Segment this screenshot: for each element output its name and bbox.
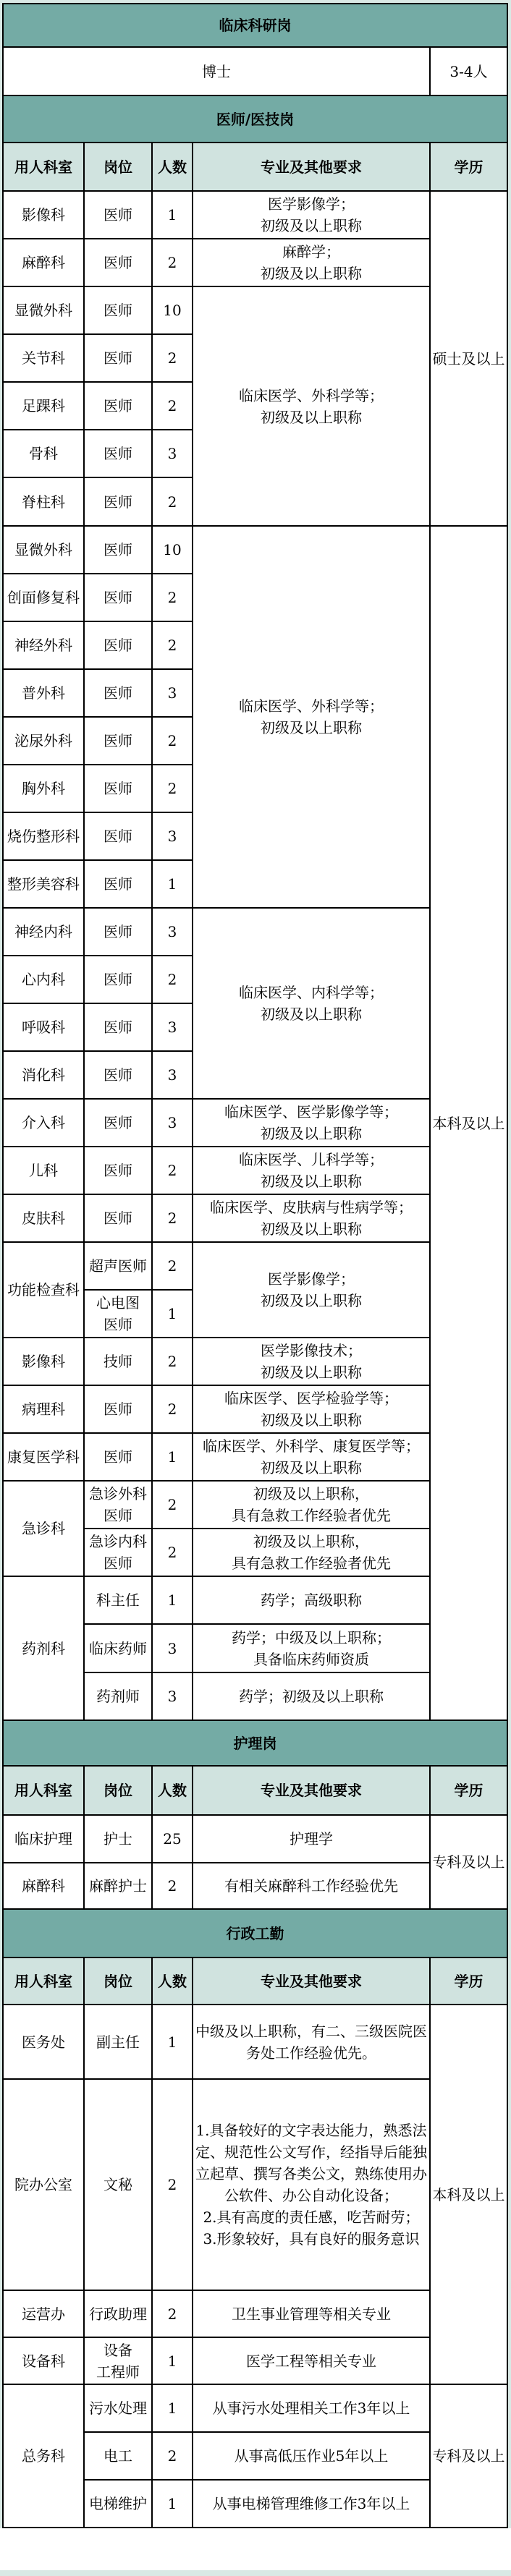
cell-post: 护士 [84, 1815, 152, 1863]
cell-dept: 关节科 [3, 334, 84, 382]
cell-post: 设备 工程师 [84, 2337, 152, 2384]
cell-post: 医师 [84, 430, 152, 477]
cell-post: 医师 [84, 191, 152, 239]
cell-count: 2 [152, 1481, 193, 1529]
cell-req: 临床医学、外科学等； 初级及以上职称 [193, 526, 430, 908]
cell-post: 医师 [84, 717, 152, 765]
cell-count: 1 [152, 2480, 193, 2528]
cell-post: 电梯维护 [84, 2480, 152, 2528]
cell-post: 医师 [84, 860, 152, 908]
cell-research-degree: 博士 [3, 47, 430, 95]
cell-post: 药剂师 [84, 1672, 152, 1720]
cell-dept: 创面修复科 [3, 574, 84, 621]
cell-count: 2 [152, 239, 193, 286]
section-band-physician: 医师/医技岗 [3, 95, 507, 143]
cell-req: 药学；高级职称 [193, 1576, 430, 1624]
table-row: 医务处 副主任 1 中级及以上职称，有二、三级医院医务处工作经验优先。 本科及以… [3, 2005, 507, 2079]
cell-dept: 烧伤整形科 [3, 812, 84, 860]
cell-count: 2 [152, 477, 193, 526]
cell-post: 医师 [84, 574, 152, 621]
cell-count: 1 [152, 1290, 193, 1338]
cell-req: 临床医学、儿科学等； 初级及以上职称 [193, 1147, 430, 1194]
cell-dept: 儿科 [3, 1147, 84, 1194]
cell-count: 2 [152, 1242, 193, 1290]
cell-dept: 显微外科 [3, 526, 84, 574]
cell-dept: 设备科 [3, 2337, 84, 2384]
cell-post: 医师 [84, 956, 152, 1003]
col-header-edu: 学历 [430, 143, 507, 191]
cell-count: 2 [152, 765, 193, 812]
cell-dept: 脊柱科 [3, 477, 84, 526]
cell-post: 医师 [84, 239, 152, 286]
cell-count: 3 [152, 1003, 193, 1051]
col-header-count: 人数 [152, 1957, 193, 2005]
cell-dept: 普外科 [3, 669, 84, 717]
table-row: 显微外科 医师 10 临床医学、外科学等； 初级及以上职称 本科及以上 [3, 526, 507, 574]
cell-req: 临床医学、内科学等； 初级及以上职称 [193, 908, 430, 1099]
cell-count: 1 [152, 1433, 193, 1481]
cell-req: 药学；初级及以上职称 [193, 1672, 430, 1720]
cell-count: 2 [152, 1863, 193, 1909]
cell-req: 中级及以上职称，有二、三级医院医务处工作经验优先。 [193, 2005, 430, 2079]
cell-count: 10 [152, 526, 193, 574]
cell-dept: 总务科 [3, 2384, 84, 2528]
cell-req: 医学影像学； 初级及以上职称 [193, 1242, 430, 1338]
cell-req: 1.具备较好的文字表达能力，熟悉法定、规范性公文写作，经指导后能独立起草、撰写各… [193, 2079, 430, 2290]
cell-edu: 专科及以上 [430, 1815, 507, 1909]
cell-req: 临床医学、外科学等； 初级及以上职称 [193, 286, 430, 526]
cell-post: 医师 [84, 1194, 152, 1242]
cell-count: 2 [152, 382, 193, 430]
page-footer-area [0, 2528, 511, 2570]
cell-count: 1 [152, 2337, 193, 2384]
cell-edu: 专科及以上 [430, 2384, 507, 2528]
cell-post: 超声医师 [84, 1242, 152, 1290]
table-wrapper: 临床科研岗 博士 3-4人 医师/医技岗 用人科室 岗位 人数 专业及其他要求 … [0, 0, 511, 2570]
cell-research-count: 3-4人 [430, 47, 507, 95]
cell-dept: 麻醉科 [3, 1863, 84, 1909]
col-header-post: 岗位 [84, 1957, 152, 2005]
cell-req: 初级及以上职称， 具有急救工作经验者优先 [193, 1481, 430, 1529]
cell-count: 2 [152, 1529, 193, 1576]
cell-dept: 骨科 [3, 430, 84, 477]
cell-dept: 泌尿外科 [3, 717, 84, 765]
col-header-post: 岗位 [84, 143, 152, 191]
col-header-dept: 用人科室 [3, 143, 84, 191]
cell-count: 2 [152, 2432, 193, 2480]
cell-count: 3 [152, 1099, 193, 1147]
cell-count: 25 [152, 1815, 193, 1863]
cell-count: 2 [152, 956, 193, 1003]
cell-post: 麻醉护士 [84, 1863, 152, 1909]
cell-dept: 显微外科 [3, 286, 84, 334]
cell-count: 3 [152, 669, 193, 717]
cell-count: 3 [152, 430, 193, 477]
cell-post: 医师 [84, 382, 152, 430]
section-band-admin: 行政工勤 [3, 1909, 507, 1957]
cell-post: 医师 [84, 1099, 152, 1147]
col-header-edu: 学历 [430, 1957, 507, 2005]
col-header-req: 专业及其他要求 [193, 1957, 430, 2005]
cell-dept: 药剂科 [3, 1576, 84, 1720]
cell-post: 文秘 [84, 2079, 152, 2290]
cell-dept: 神经外科 [3, 621, 84, 669]
cell-req: 医学工程等相关专业 [193, 2337, 430, 2384]
cell-dept: 影像科 [3, 191, 84, 239]
cell-count: 3 [152, 812, 193, 860]
section-band-nursing: 护理岗 [3, 1720, 507, 1766]
cell-post: 医师 [84, 1147, 152, 1194]
cell-req: 医学影像技术； 初级及以上职称 [193, 1338, 430, 1385]
cell-post: 医师 [84, 477, 152, 526]
cell-post: 医师 [84, 1051, 152, 1099]
cell-post: 技师 [84, 1338, 152, 1385]
col-header-edu: 学历 [430, 1766, 507, 1815]
cell-req: 卫生事业管理等相关专业 [193, 2290, 430, 2337]
cell-dept: 介入科 [3, 1099, 84, 1147]
cell-dept: 整形美容科 [3, 860, 84, 908]
cell-post: 医师 [84, 1003, 152, 1051]
cell-post: 医师 [84, 1433, 152, 1481]
cell-count: 2 [152, 1338, 193, 1385]
cell-req: 药学；中级及以上职称； 具备临床药师资质 [193, 1624, 430, 1672]
cell-post: 医师 [84, 765, 152, 812]
cell-dept: 医务处 [3, 2005, 84, 2079]
cell-count: 3 [152, 1051, 193, 1099]
cell-dept: 麻醉科 [3, 239, 84, 286]
cell-req: 护理学 [193, 1815, 430, 1863]
cell-req: 从事高低压作业5年以上 [193, 2432, 430, 2480]
cell-req: 有相关麻醉科工作经验优先 [193, 1863, 430, 1909]
cell-edu: 本科及以上 [430, 526, 507, 1720]
cell-dept: 呼吸科 [3, 1003, 84, 1051]
section-band-research: 临床科研岗 [3, 4, 507, 47]
cell-count: 2 [152, 1194, 193, 1242]
cell-edu: 本科及以上 [430, 2005, 507, 2384]
cell-dept: 神经内科 [3, 908, 84, 956]
col-header-post: 岗位 [84, 1766, 152, 1815]
cell-dept: 消化科 [3, 1051, 84, 1099]
cell-dept: 运营办 [3, 2290, 84, 2337]
cell-count: 10 [152, 286, 193, 334]
cell-post: 医师 [84, 812, 152, 860]
cell-count: 2 [152, 621, 193, 669]
cell-post: 医师 [84, 526, 152, 574]
cell-count: 1 [152, 191, 193, 239]
cell-req: 临床医学、医学检验学等； 初级及以上职称 [193, 1385, 430, 1433]
cell-dept: 影像科 [3, 1338, 84, 1385]
cell-count: 2 [152, 1385, 193, 1433]
cell-count: 2 [152, 2290, 193, 2337]
cell-post: 医师 [84, 1385, 152, 1433]
col-header-req: 专业及其他要求 [193, 1766, 430, 1815]
cell-count: 2 [152, 717, 193, 765]
cell-post: 行政助理 [84, 2290, 152, 2337]
cell-dept: 功能检查科 [3, 1242, 84, 1338]
cell-post: 医师 [84, 908, 152, 956]
cell-post: 心电图 医师 [84, 1290, 152, 1338]
cell-count: 2 [152, 334, 193, 382]
cell-req: 麻醉学； 初级及以上职称 [193, 239, 430, 286]
cell-dept: 康复医学科 [3, 1433, 84, 1481]
cell-edu: 硕士及以上 [430, 191, 507, 526]
cell-req: 临床医学、皮肤病与性病学等； 初级及以上职称 [193, 1194, 430, 1242]
cell-post: 医师 [84, 286, 152, 334]
col-header-req: 专业及其他要求 [193, 143, 430, 191]
cell-count: 2 [152, 1147, 193, 1194]
cell-count: 1 [152, 1576, 193, 1624]
page-background: 临床科研岗 博士 3-4人 医师/医技岗 用人科室 岗位 人数 专业及其他要求 … [0, 0, 511, 2576]
cell-count: 1 [152, 860, 193, 908]
cell-dept: 临床护理 [3, 1815, 84, 1863]
cell-count: 3 [152, 908, 193, 956]
cell-post: 副主任 [84, 2005, 152, 2079]
cell-post: 医师 [84, 334, 152, 382]
cell-post: 电工 [84, 2432, 152, 2480]
cell-req: 初级及以上职称， 具有急救工作经验者优先 [193, 1529, 430, 1576]
col-header-count: 人数 [152, 143, 193, 191]
cell-req: 临床医学、医学影像学等； 初级及以上职称 [193, 1099, 430, 1147]
cell-post: 急诊外科 医师 [84, 1481, 152, 1529]
cell-count: 1 [152, 2384, 193, 2432]
cell-count: 3 [152, 1624, 193, 1672]
cell-req: 从事电梯管理维修工作3年以上 [193, 2480, 430, 2528]
cell-req: 从事污水处理相关工作3年以上 [193, 2384, 430, 2432]
table-row: 影像科 医师 1 医学影像学； 初级及以上职称 硕士及以上 [3, 191, 507, 239]
cell-post: 临床药师 [84, 1624, 152, 1672]
cell-dept: 急诊科 [3, 1481, 84, 1576]
cell-post: 污水处理 [84, 2384, 152, 2432]
cell-req: 医学影像学； 初级及以上职称 [193, 191, 430, 239]
cell-dept: 心内科 [3, 956, 84, 1003]
cell-post: 医师 [84, 621, 152, 669]
recruitment-table: 临床科研岗 博士 3-4人 医师/医技岗 用人科室 岗位 人数 专业及其他要求 … [2, 3, 508, 2528]
cell-count: 2 [152, 2079, 193, 2290]
cell-req: 临床医学、外科学、康复医学等； 初级及以上职称 [193, 1433, 430, 1481]
cell-post: 科主任 [84, 1576, 152, 1624]
cell-dept: 病理科 [3, 1385, 84, 1433]
cell-count: 3 [152, 1672, 193, 1720]
table-row: 总务科 污水处理 1 从事污水处理相关工作3年以上 专科及以上 [3, 2384, 507, 2432]
col-header-dept: 用人科室 [3, 1957, 84, 2005]
cell-dept: 足踝科 [3, 382, 84, 430]
col-header-count: 人数 [152, 1766, 193, 1815]
cell-post: 急诊内科 医师 [84, 1529, 152, 1576]
col-header-dept: 用人科室 [3, 1766, 84, 1815]
cell-dept: 胸外科 [3, 765, 84, 812]
cell-dept: 皮肤科 [3, 1194, 84, 1242]
table-row: 临床护理 护士 25 护理学 专科及以上 [3, 1815, 507, 1863]
cell-count: 2 [152, 574, 193, 621]
cell-post: 医师 [84, 669, 152, 717]
cell-count: 1 [152, 2005, 193, 2079]
cell-dept: 院办公室 [3, 2079, 84, 2290]
